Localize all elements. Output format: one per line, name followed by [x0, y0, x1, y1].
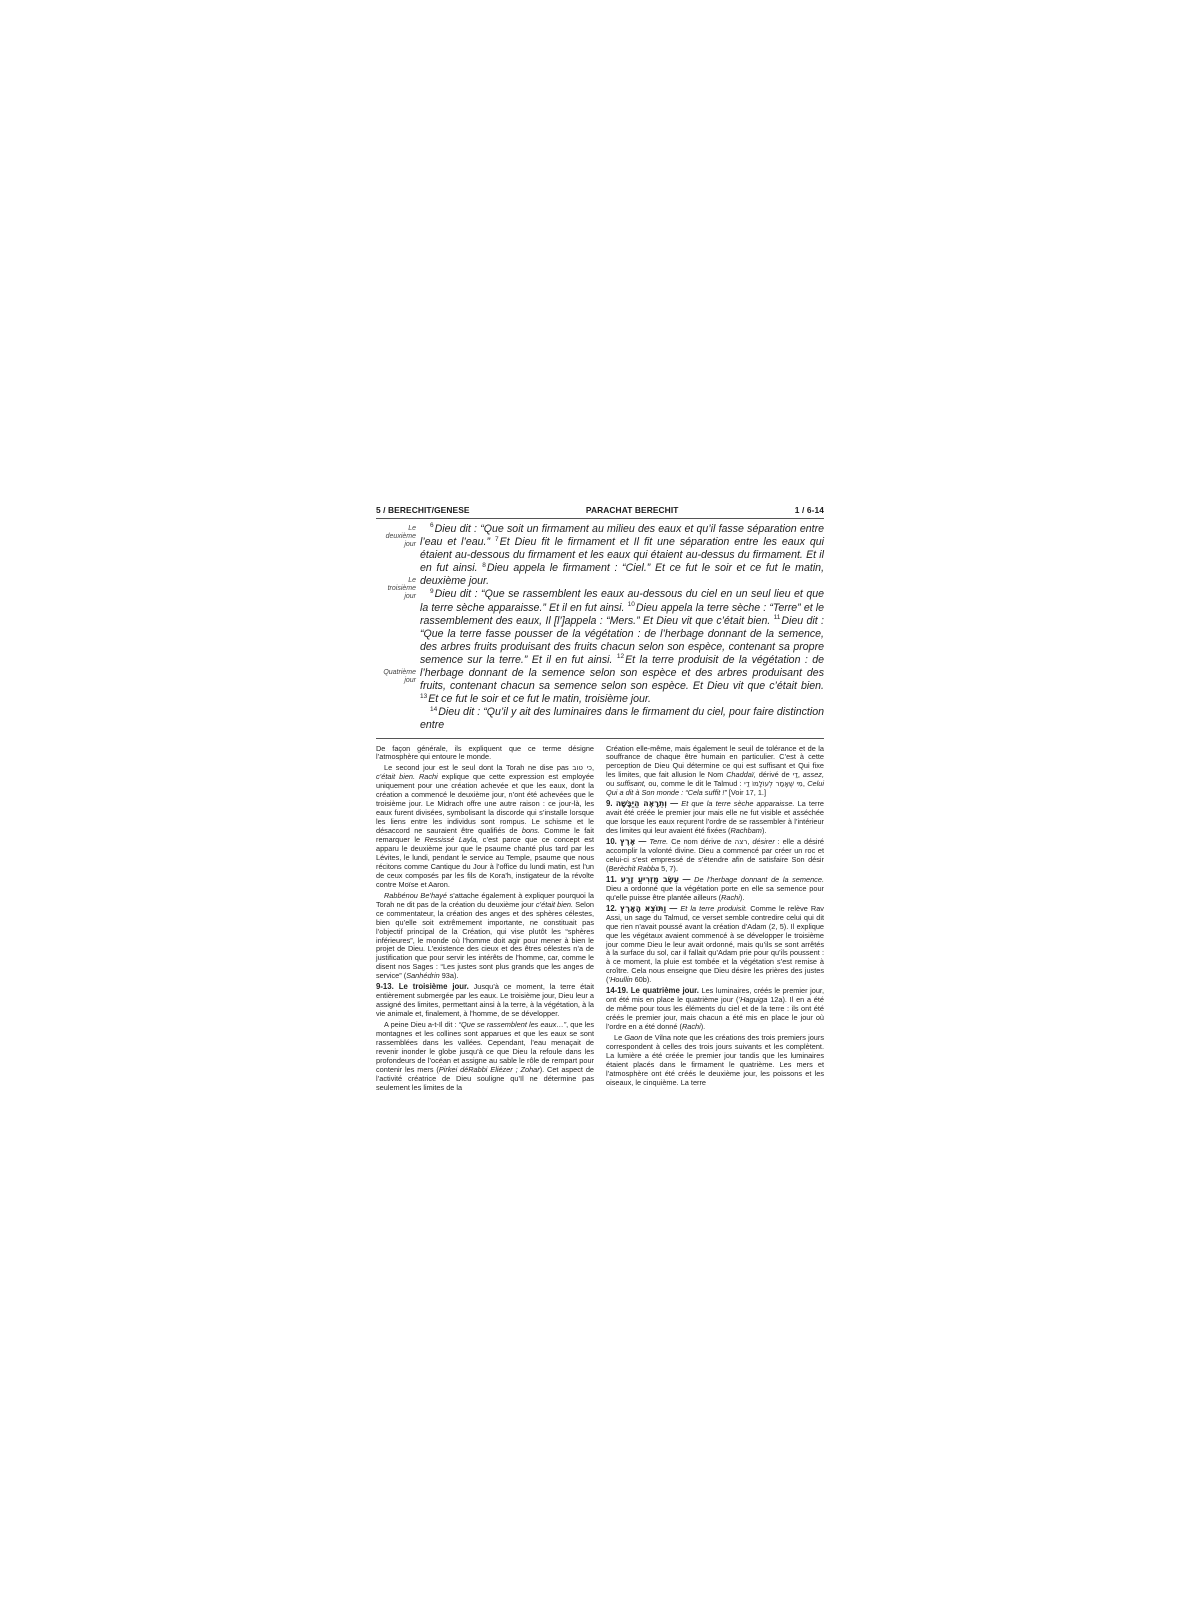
margin-notes: Le deuxième jour Le troisième jour Quatr… [376, 523, 416, 733]
margin-note-fourth-day: Quatrième jour [376, 669, 416, 685]
verse-paragraph-fourth-day: 14Dieu dit : “Qu’il y ait des luminaires… [420, 706, 824, 732]
verse-paragraph-second-day: 6Dieu dit : “Que soit un firmament au mi… [420, 523, 824, 588]
margin-note-second-day: Le deuxième jour [376, 525, 416, 549]
commentary-paragraph: Création elle-même, mais également le se… [606, 745, 824, 799]
commentary-paragraph: De façon générale, ils expliquent que ce… [376, 745, 594, 763]
commentary-entry-14-19: 14-19. Le quatrième jour. Les luminaires… [606, 987, 824, 1032]
header-left: 5 / BERECHIT/GENESE [376, 505, 470, 515]
commentary-entry-11: 11. עֵשֶׂב מַזְרִיעַ זֶרַע — De l’herbag… [606, 876, 824, 903]
book-page: 5 / BERECHIT/GENESE PARACHAT BERECHIT 1 … [376, 505, 824, 1095]
commentary-right-column: Création elle-même, mais également le se… [606, 745, 824, 1095]
verse-block: Le deuxième jour Le troisième jour Quatr… [376, 523, 824, 739]
commentary-left-column: De façon générale, ils expliquent que ce… [376, 745, 594, 1095]
header-right: 1 / 6-14 [795, 505, 824, 515]
commentary-paragraph: Rabbénou Be’hayé s’attache également à e… [376, 892, 594, 982]
running-header: 5 / BERECHIT/GENESE PARACHAT BERECHIT 1 … [376, 505, 824, 519]
verse-text: 6Dieu dit : “Que soit un firmament au mi… [420, 523, 824, 733]
commentary-entry-9-13: 9-13. Le troisième jour. Jusqu’à ce mome… [376, 983, 594, 1019]
commentary-paragraph: Le second jour est le seul dont la Torah… [376, 764, 594, 889]
verse-paragraph-third-day: 9Dieu dit : “Que se rassemblent les eaux… [420, 588, 824, 706]
commentary: De façon générale, ils expliquent que ce… [376, 745, 824, 1095]
margin-note-third-day: Le troisième jour [376, 577, 416, 601]
commentary-entry-10: 10. אֶרֶץ — Terre. Ce nom dérive de רצה,… [606, 838, 824, 874]
commentary-entry-9: 9. וְתֵרָאֶה הַיַּבָּשָׁה — Et que la te… [606, 800, 824, 836]
commentary-paragraph: A peine Dieu a-t-Il dit : “Que se rassem… [376, 1021, 594, 1093]
header-center: PARACHAT BERECHIT [470, 505, 795, 515]
commentary-entry-12: 12. וַתּוֹצֵא הָאָרֶץ — Et la terre prod… [606, 905, 824, 986]
commentary-paragraph: Le Gaon de Vilna note que les créations … [606, 1034, 824, 1088]
